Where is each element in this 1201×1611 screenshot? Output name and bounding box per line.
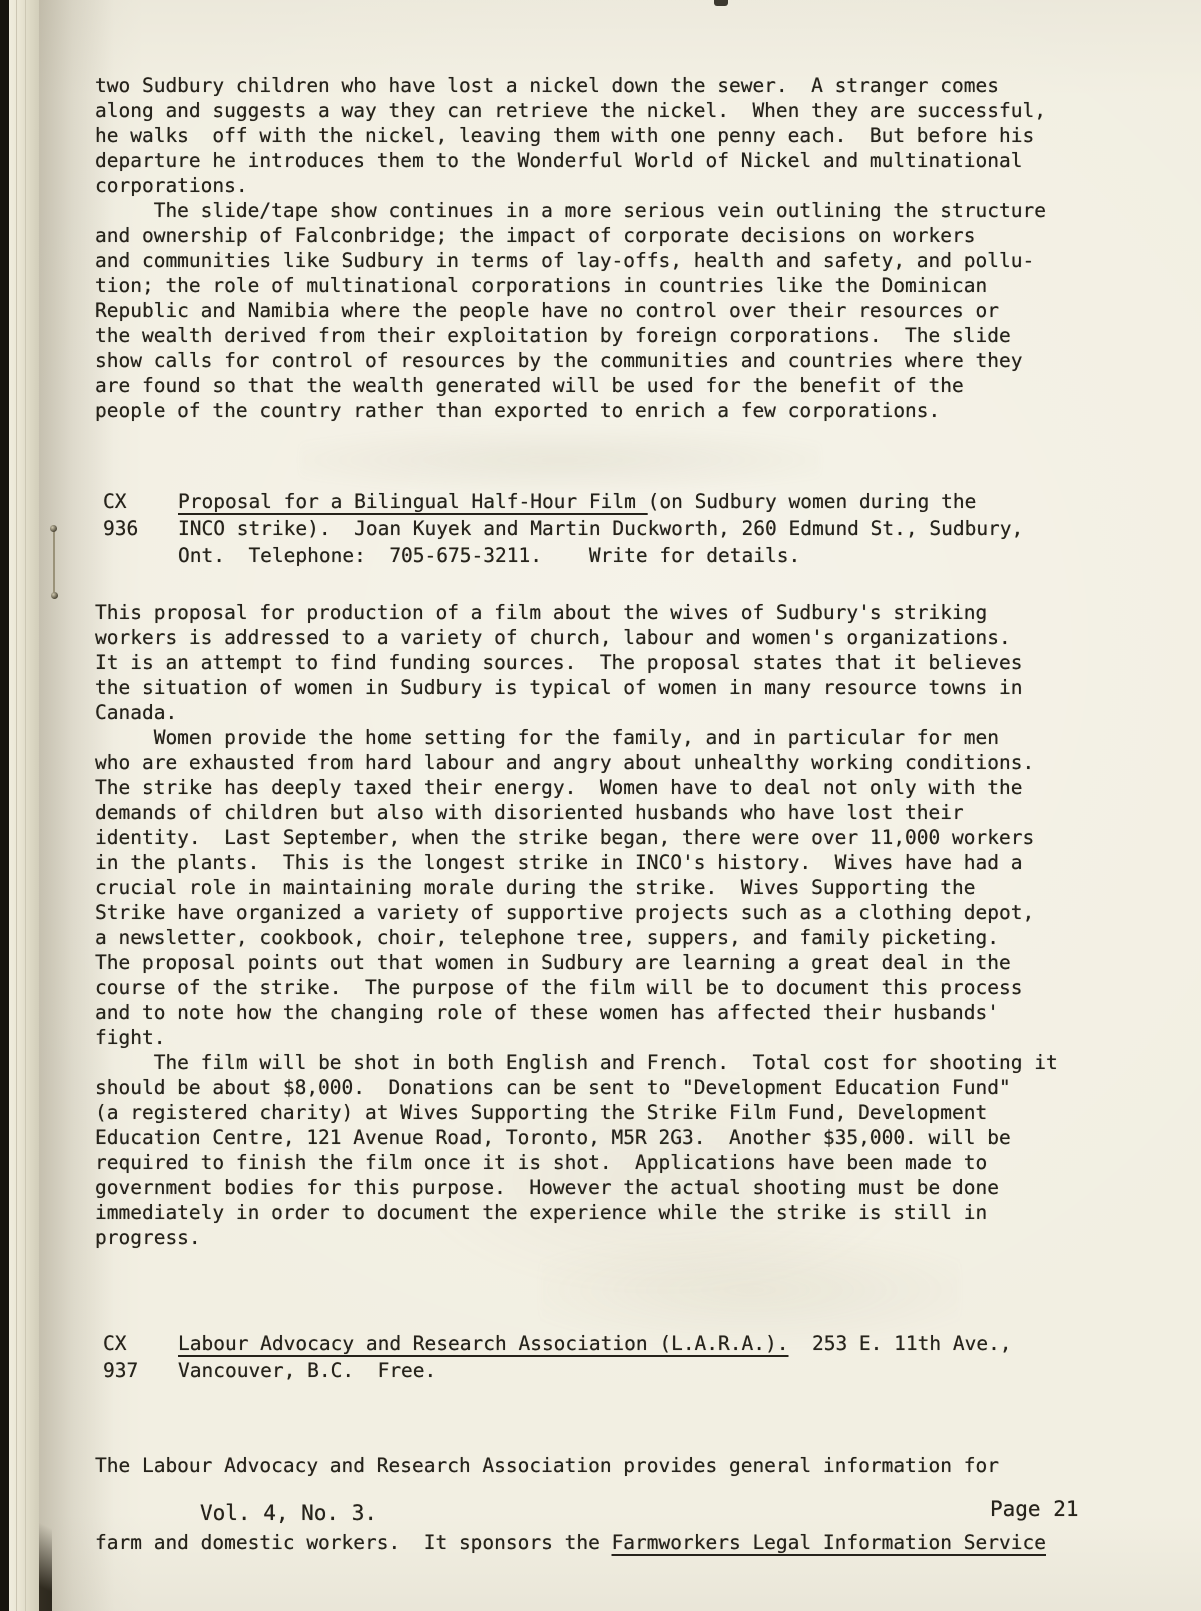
staple-end-icon (50, 525, 57, 532)
page-edge-band (9, 0, 39, 1611)
lara-paragraph-line-2: farm and domestic workers. It sponsors t… (95, 1529, 1046, 1556)
entry-title-line: Proposal for a Bilingual Half-Hour Film … (178, 488, 1105, 515)
entry-title: Proposal for a Bilingual Half-Hour Film (178, 490, 648, 513)
entry-address-line: INCO strike). Joan Kuyek and Martin Duck… (178, 515, 1105, 542)
intro-paragraphs: two Sudbury children who have lost a nic… (95, 73, 1046, 423)
entry-title-rest: 253 E. 11th Ave., (788, 1332, 1011, 1355)
entry-code: CX (103, 490, 126, 513)
entry-code-column: CX937 (103, 1330, 138, 1384)
film-description-paragraphs: This proposal for production of a film a… (95, 600, 1058, 1250)
staple-end-icon (51, 592, 58, 599)
lara-paragraph-line-1: The Labour Advocacy and Research Associa… (95, 1452, 1046, 1479)
entry-code: CX (103, 1332, 126, 1355)
book-binding-edge (0, 0, 9, 1611)
entry-address-line: Vancouver, B.C. Free. (178, 1357, 1105, 1384)
entry-title-line: Labour Advocacy and Research Association… (178, 1330, 1105, 1357)
entry-code-column: CX936 (103, 488, 138, 542)
entry-number: 937 (103, 1359, 138, 1382)
entry-title: Labour Advocacy and Research Association… (178, 1332, 788, 1355)
lara-line-2-plain: farm and domestic workers. It sponsors t… (95, 1531, 612, 1554)
page-number: Page 21 (990, 1496, 1079, 1522)
farmworkers-service-name: Farmworkers Legal Information Service (612, 1531, 1046, 1554)
entry-contact-line: Ont. Telephone: 705-675-3211. Write for … (178, 542, 1105, 569)
entry-number: 936 (103, 517, 138, 540)
entry-body: Labour Advocacy and Research Association… (178, 1330, 1105, 1384)
volume-label: Vol. 4, No. 3. (200, 1500, 377, 1526)
entry-body: Proposal for a Bilingual Half-Hour Film … (178, 488, 1105, 569)
page-content: two Sudbury children who have lost a nic… (95, 0, 1105, 1611)
entry-title-rest: (on Sudbury women during the (648, 490, 977, 513)
staple-wire (53, 530, 55, 596)
